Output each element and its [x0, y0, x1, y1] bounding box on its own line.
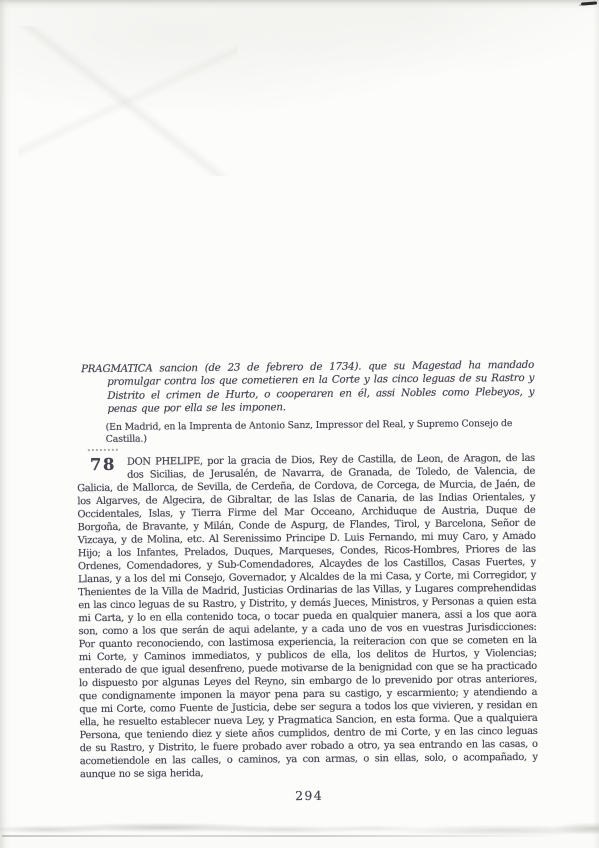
scan-left-edge-shadow	[0, 0, 11, 848]
page-content: PRAGMATICA sancion (de 23 de febrero de …	[76, 359, 538, 806]
body-text: DON PHELIPE, por la gracia de Dios, Rey …	[77, 453, 538, 780]
marginal-dotted-mark	[88, 449, 118, 451]
page-number: 294	[80, 787, 538, 805]
scan-right-edge-shadow	[593, 0, 599, 848]
imprint-line: (En Madrid, en la Imprenta de Antonio Sa…	[106, 418, 535, 446]
body-paragraph: 78DON PHELIPE, por la gracia de Dios, Re…	[77, 452, 538, 781]
scanned-page: PRAGMATICA sancion (de 23 de febrero de …	[0, 0, 599, 848]
paper-crease	[18, 26, 238, 176]
scan-top-edge-shadow	[0, 0, 599, 9]
scan-bottom-edge-line	[2, 835, 562, 837]
document-number: 78	[90, 457, 116, 472]
headnote-summary: PRAGMATICA sancion (de 23 de febrero de …	[76, 359, 534, 417]
